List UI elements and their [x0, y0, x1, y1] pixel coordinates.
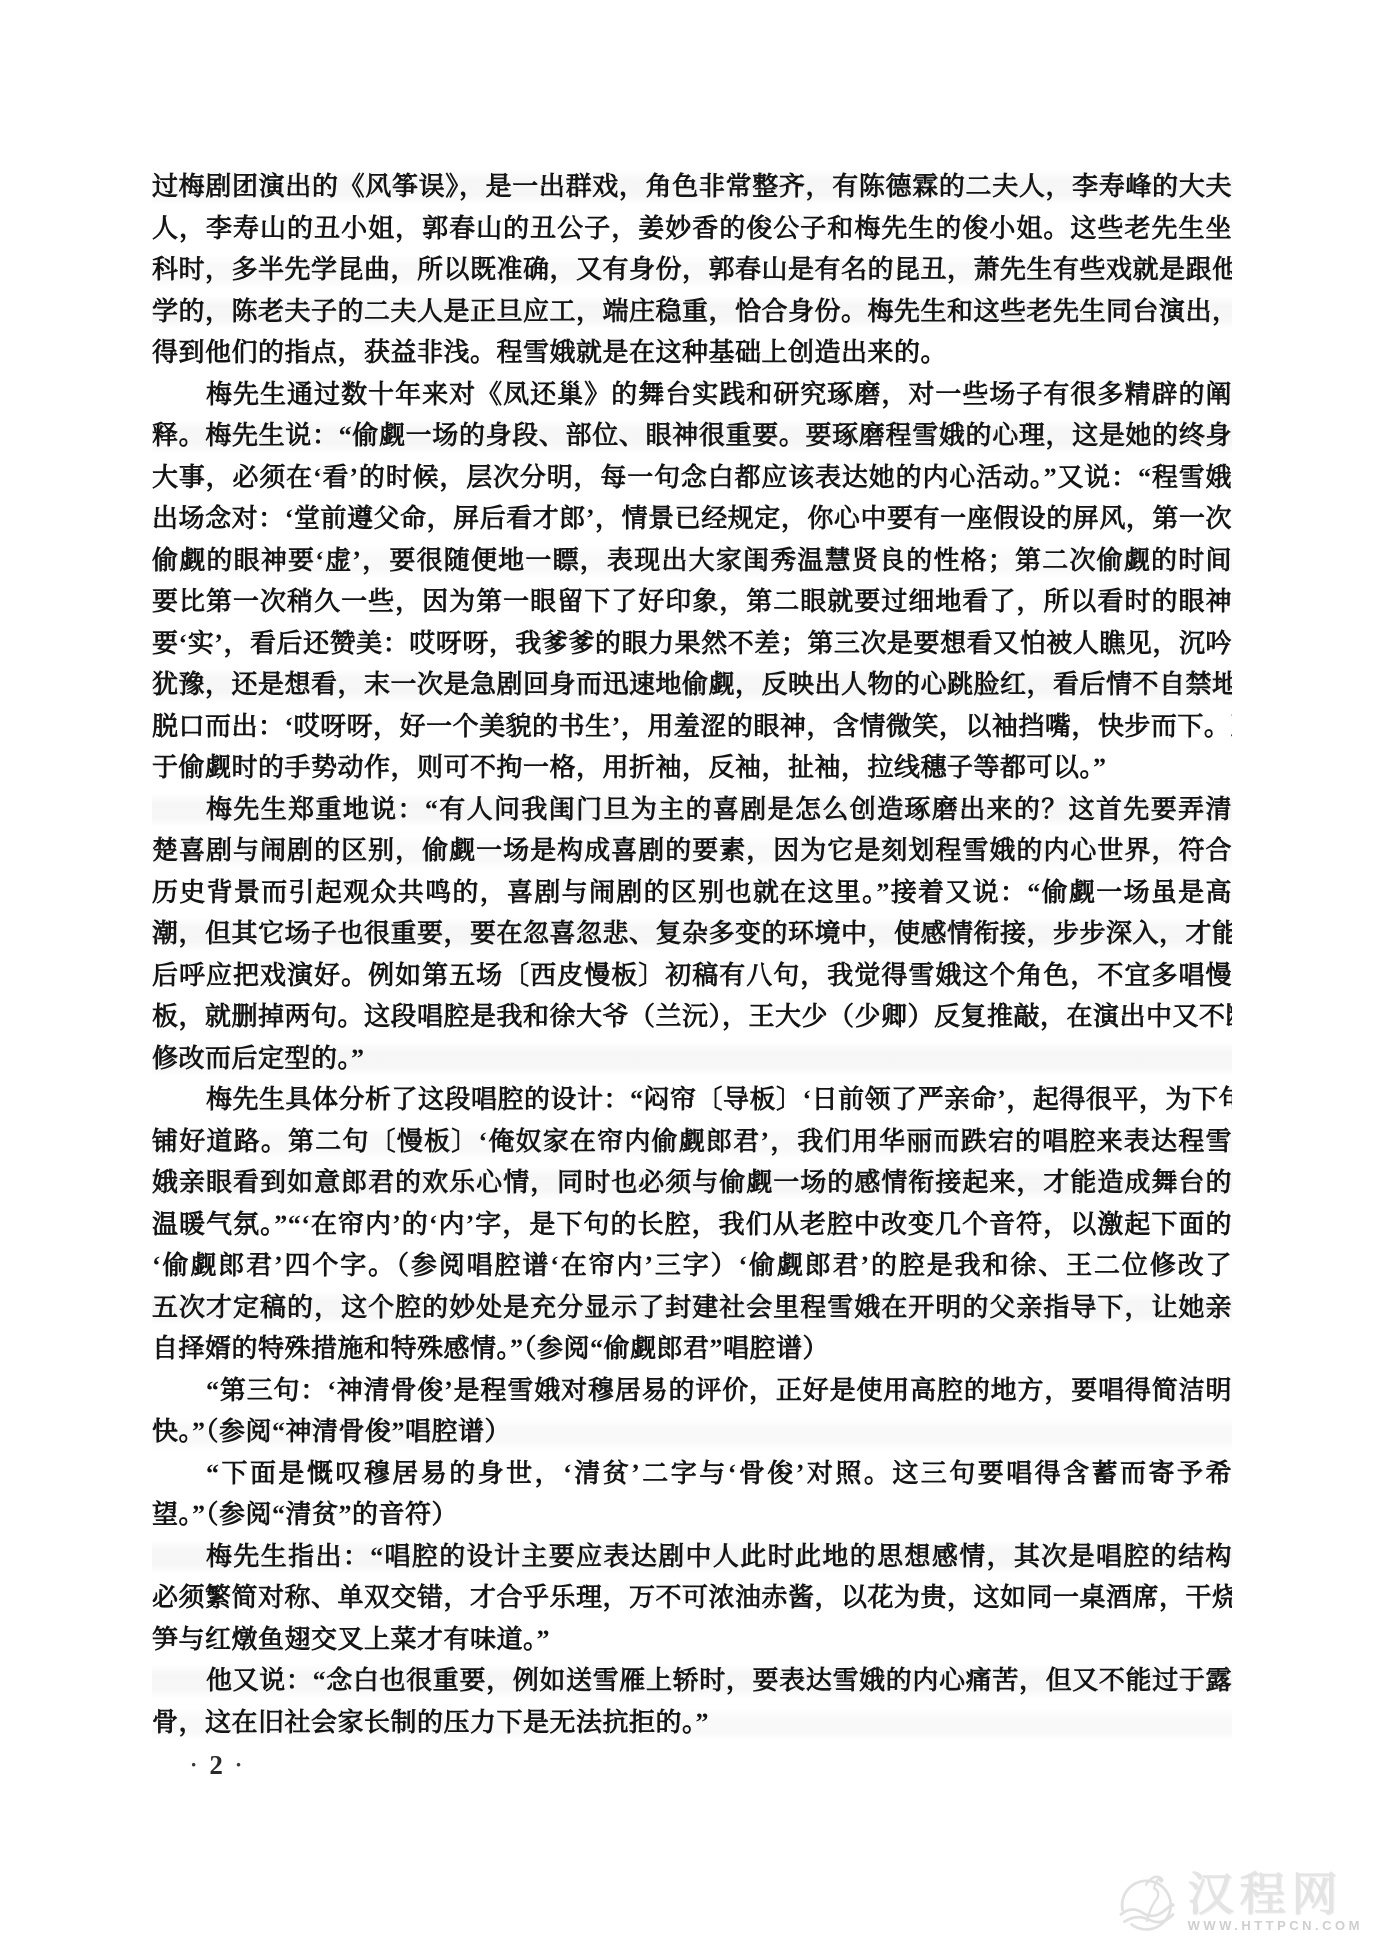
text-line: 五次才定稿的，这个腔的妙处是充分显示了封建社会里程雪娥在开明的父亲指导下，让她亲: [152, 1287, 1232, 1329]
watermark: 汉程网 WWW.HTTPCN.COM: [1110, 1865, 1363, 1937]
text-line: 笋与红燉鱼翅交叉上菜才有味道。”: [152, 1619, 1232, 1661]
body-text: 过梅剧团演出的《风筝误》，是一出群戏，角色非常整齐，有陈德霖的二夫人，李寿峰的大…: [152, 166, 1232, 1743]
text-line: 自择婿的特殊措施和特殊感情。”（参阅“偷觑郎君”唱腔谱）: [152, 1328, 1232, 1370]
text-line: 铺好道路。第二句〔慢板〕‘俺奴家在帘内偷觑郎君’，我们用华丽而跌宕的唱腔来表达程…: [152, 1121, 1232, 1163]
text-line: 出场念对：‘堂前遵父命，屏后看才郎’，情景已经规定，你心中要有一座假设的屏风，第…: [152, 498, 1232, 540]
watermark-site-url: WWW.HTTPCN.COM: [1188, 1918, 1363, 1933]
text-line: 梅先生郑重地说：“有人问我闺门旦为主的喜剧是怎么创造琢磨出来的？这首先要弄清: [152, 789, 1232, 831]
text-line: 楚喜剧与闹剧的区别，偷觑一场是构成喜剧的要素，因为它是刻划程雪娥的内心世界，符合: [152, 830, 1232, 872]
text-line: 板，就删掉两句。这段唱腔是我和徐大爷（兰沅），王大少（少卿）反复推敲，在演出中又…: [152, 996, 1232, 1038]
watermark-site-name: 汉程网: [1188, 1870, 1344, 1918]
watermark-text: 汉程网 WWW.HTTPCN.COM: [1188, 1870, 1363, 1933]
scanned-book-page: 过梅剧团演出的《风筝误》，是一出群戏，角色非常整齐，有陈德霖的二夫人，李寿峰的大…: [0, 0, 1375, 1945]
text-line: 后呼应把戏演好。例如第五场〔西皮慢板〕初稿有八句，我觉得雪娥这个角色，不宜多唱慢: [152, 955, 1232, 997]
text-line: “第三句：‘神清骨俊’是程雪娥对穆居易的评价，正好是使用高腔的地方，要唱得简洁明: [152, 1370, 1232, 1412]
page-number: ·2·: [178, 1750, 254, 1781]
text-line: 娥亲眼看到如意郎君的欢乐心情，同时也必须与偷觑一场的感情衔接起来，才能造成舞台的: [152, 1162, 1232, 1204]
text-line: 温暖气氛。”“‘在帘内’的‘内’字，是下句的长腔，我们从老腔中改变几个音符，以激…: [152, 1204, 1232, 1246]
text-line: 梅先生通过数十年来对《凤还巢》的舞台实践和研究琢磨，对一些场子有很多精辟的阐: [152, 374, 1232, 416]
page-number-left-dot: ·: [178, 1752, 209, 1777]
text-line: 偷觑的眼神要‘虚’，要很随便地一瞟，表现出大家闺秀温慧贤良的性格；第二次偷觑的时…: [152, 540, 1232, 582]
text-line: “下面是慨叹穆居易的身世，‘清贫’二字与‘骨俊’对照。这三句要唱得含蓄而寄予希: [152, 1453, 1232, 1495]
text-line: 人，李寿山的丑小姐，郭春山的丑公子，姜妙香的俊公子和梅先生的俊小姐。这些老先生坐: [152, 208, 1232, 250]
text-line: 犹豫，还是想看，末一次是急剧回身而迅速地偷觑，反映出人物的心跳脸红，看后情不自禁…: [152, 664, 1232, 706]
text-line: 释。梅先生说：“偷觑一场的身段、部位、眼神很重要。要琢磨程雪娥的心理，这是她的终…: [152, 415, 1232, 457]
text-line: 大事，必须在‘看’的时候，层次分明，每一句念白都应该表达她的内心活动。”又说：“…: [152, 457, 1232, 499]
text-line: 于偷觑时的手势动作，则可不拘一格，用折袖，反袖，扯袖，拉线穗子等都可以。”: [152, 747, 1232, 789]
text-line: 快。”（参阅“神清骨俊”唱腔谱）: [152, 1411, 1232, 1453]
text-line: 他又说：“念白也很重要，例如送雪雁上轿时，要表达雪娥的内心痛苦，但又不能过于露: [152, 1660, 1232, 1702]
text-line: 望。”（参阅“清贫”的音符）: [152, 1494, 1232, 1536]
text-line: 科时，多半先学昆曲，所以既准确，又有身份，郭春山是有名的昆丑，萧先生有些戏就是跟…: [152, 249, 1232, 291]
text-line: 脱口而出：‘哎呀呀，好一个美貌的书生’，用羞涩的眼神，含情微笑，以袖挡嘴，快步而…: [152, 706, 1232, 748]
text-line: 历史背景而引起观众共鸣的，喜剧与闹剧的区别也就在这里。”接着又说：“偷觑一场虽是…: [152, 872, 1232, 914]
page-number-right-dot: ·: [223, 1752, 254, 1777]
text-line: 学的，陈老夫子的二夫人是正旦应工，端庄稳重，恰合身份。梅先生和这些老先生同台演出…: [152, 291, 1232, 333]
text-line: 修改而后定型的。”: [152, 1038, 1232, 1080]
text-line: 过梅剧团演出的《风筝误》，是一出群戏，角色非常整齐，有陈德霖的二夫人，李寿峰的大…: [152, 166, 1232, 208]
text-line: 骨，这在旧社会家长制的压力下是无法抗拒的。”: [152, 1702, 1232, 1744]
text-line: 梅先生指出：“唱腔的设计主要应表达剧中人此时此地的思想感情，其次是唱腔的结构: [152, 1536, 1232, 1578]
text-line: 要‘实’，看后还赞美：哎呀呀，我爹爹的眼力果然不差；第三次是要想看又怕被人瞧见，…: [152, 623, 1232, 665]
text-line: ‘偷觑郎君’四个字。（参阅唱腔谱‘在帘内’三字）‘偷觑郎君’的腔是我和徐、王二位…: [152, 1245, 1232, 1287]
text-line: 潮，但其它场子也很重要，要在忽喜忽悲、复杂多变的环境中，使感情衔接，步步深入，才…: [152, 913, 1232, 955]
text-line: 得到他们的指点，获益非浅。程雪娥就是在这种基础上创造出来的。: [152, 332, 1232, 374]
text-line: 梅先生具体分析了这段唱腔的设计：“闷帘〔导板〕‘日前领了严亲命’，起得很平，为下…: [152, 1079, 1232, 1121]
httpcn-logo-icon: [1110, 1865, 1182, 1937]
page-number-value: 2: [209, 1750, 223, 1780]
text-line: 要比第一次稍久一些，因为第一眼留下了好印象，第二眼就要过细地看了，所以看时的眼神: [152, 581, 1232, 623]
text-line: 必须繁简对称、单双交错，才合乎乐理，万不可浓油赤酱，以花为贵，这如同一桌酒席，干…: [152, 1577, 1232, 1619]
